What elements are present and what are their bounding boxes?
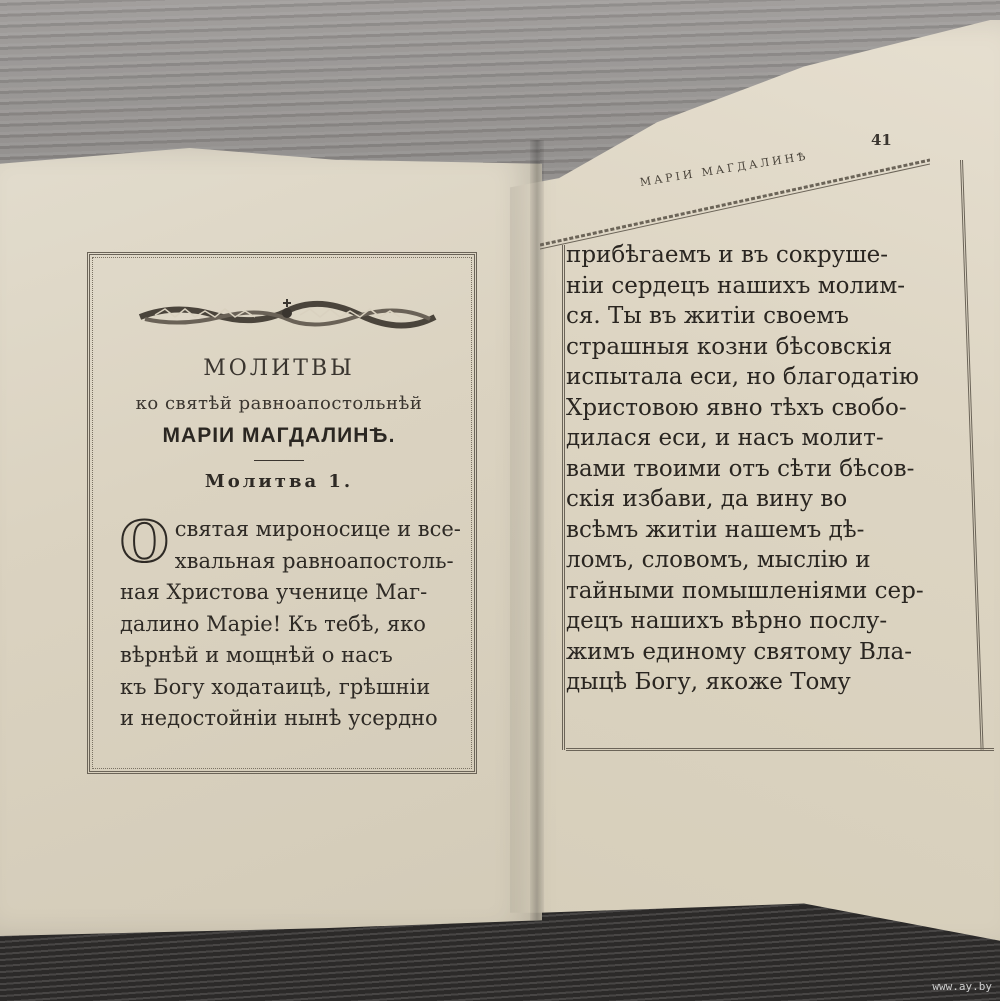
text-line: ся. Ты въ житіи своемъ bbox=[566, 301, 950, 332]
page-number: 41 bbox=[871, 131, 892, 149]
page-subtitle: ко святѣй равноапостольнѣй bbox=[108, 393, 450, 414]
watermark: www.ay.by bbox=[932, 980, 992, 993]
text-line: къ Богу ходатаицѣ, грѣшніи bbox=[120, 672, 448, 704]
divider bbox=[254, 460, 304, 461]
text-line: далино Маріе! Къ тебѣ, яко bbox=[120, 609, 448, 641]
text-line: дилася еси, и насъ молит- bbox=[566, 423, 950, 454]
drop-cap: О bbox=[120, 516, 169, 568]
right-page-border-bottom bbox=[566, 748, 994, 751]
saint-name: МАРІИ МАГДАЛИНѢ. bbox=[108, 424, 450, 448]
text-line: тайными помышленіями сер- bbox=[566, 576, 950, 607]
text-line: дыцѣ Богу, якоже Тому bbox=[566, 667, 950, 698]
prayer-text-right: прибѣгаемъ и въ сокруше- ніи сердецъ наш… bbox=[566, 240, 950, 698]
book-gutter bbox=[530, 140, 544, 920]
text-line: хвальная равноапостоль- bbox=[175, 546, 448, 578]
text-line: жимъ единому святому Вла- bbox=[566, 637, 950, 668]
text-line: прибѣгаемъ и въ сокруше- bbox=[566, 240, 950, 271]
right-page-border-left bbox=[562, 245, 565, 750]
text-line: и недостойніи нынѣ усердно bbox=[120, 703, 448, 735]
left-page-heading: МОЛИТВЫ ко святѣй равноапостольнѣй МАРІИ… bbox=[108, 356, 450, 492]
text-line: ніи сердецъ нашихъ молим- bbox=[566, 271, 950, 302]
text-line: вами твоими отъ сѣти бѣсов- bbox=[566, 454, 950, 485]
page-title: МОЛИТВЫ bbox=[108, 356, 450, 381]
text-line: ная Христова ученице Маг- bbox=[120, 577, 448, 609]
text-line: страшныя козни бѣсовскія bbox=[566, 332, 950, 363]
text-line: всѣмъ житіи нашемъ дѣ- bbox=[566, 515, 950, 546]
text-line: скія избави, да вину во bbox=[566, 484, 950, 515]
prayer-heading: Молитва 1. bbox=[108, 471, 450, 492]
text-line: децъ нашихъ вѣрно послу- bbox=[566, 606, 950, 637]
text-line: вѣрнѣй и мощнѣй о насъ bbox=[120, 640, 448, 672]
text-line: ломъ, словомъ, мыслію и bbox=[566, 545, 950, 576]
text-line: испытала еси, но благодатію bbox=[566, 362, 950, 393]
prayer-text-left: О святая мироносице и все- хвальная равн… bbox=[120, 514, 448, 735]
text-line: святая мироносице и все- bbox=[175, 514, 448, 546]
interlace-ornament-icon bbox=[135, 295, 440, 331]
text-line: Христовою явно тѣхъ свобо- bbox=[566, 393, 950, 424]
